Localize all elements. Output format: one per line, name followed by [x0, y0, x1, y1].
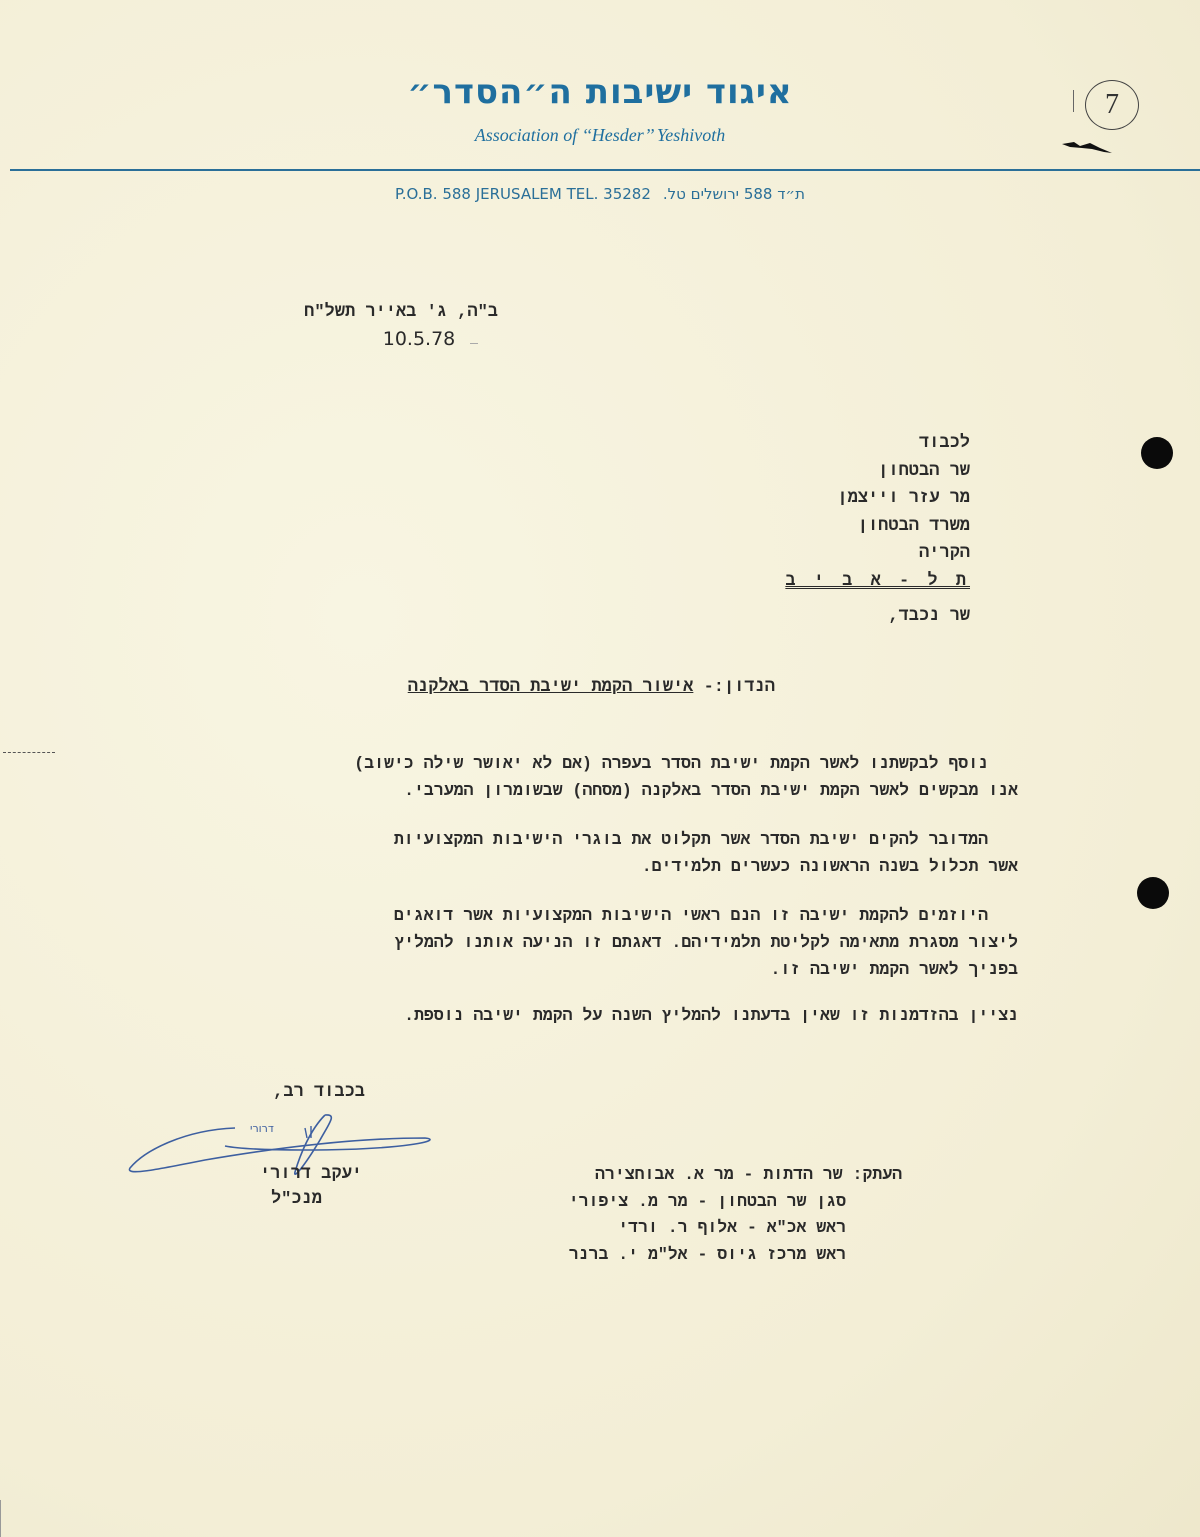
- addressee-line: שר הבטחון: [785, 458, 970, 486]
- addressee-line: מר עזר וייצמן: [785, 485, 970, 513]
- date-gregorian: 10.5.78: [270, 326, 498, 352]
- letterhead-title-english: Association of ‘‘Hesder’’ Yeshivoth: [0, 125, 1200, 146]
- subject-label: הנדון:-: [704, 678, 775, 697]
- body-line: אנו מבקשים לאשר הקמת ישיבת הסדר באלקנה (…: [218, 777, 1018, 804]
- stray-mark: [470, 343, 478, 344]
- salutation: שר נכבד,: [888, 607, 970, 626]
- copies-first-line: העתק: שר הדתות - מר א. אבוחצירה: [569, 1162, 902, 1189]
- pencil-tick: [1073, 90, 1074, 112]
- paper-tear-mark: [1060, 140, 1115, 154]
- fold-mark: [3, 752, 55, 754]
- folio-number: 7: [1085, 80, 1139, 130]
- addressee-line: לכבוד: [785, 430, 970, 458]
- signature-handwritten-name: דרורי: [250, 1122, 274, 1135]
- body-line: נוסף לבקשתנו לאשר הקמת ישיבת הסדר בעפרה …: [218, 750, 1018, 777]
- body-line: נציין בהזדמנות זו שאין בדעתנו להמליץ השנ…: [218, 1002, 1018, 1029]
- signatory-block: יעקב דרורי מנכ"ל: [260, 1162, 362, 1212]
- letterhead-rule: [10, 169, 1200, 171]
- body-paragraph-2: המדובר להקים ישיבת הסדר אשר תקלוט את בוג…: [218, 826, 1018, 880]
- address-hebrew: ת״ד 588 ירושלים טל.: [663, 185, 805, 203]
- subject-text: אישור הקמת ישיבת הסדר באלקנה: [408, 678, 694, 697]
- copies-label: העתק:: [852, 1165, 902, 1184]
- address-english: P.O.B. 588 JERUSALEM TEL. 35282: [395, 185, 651, 203]
- addressee-line: משרד הבטחון: [785, 513, 970, 541]
- signatory-name: יעקב דרורי: [260, 1162, 362, 1187]
- body-paragraph-3: היוזמים להקמת ישיבה זו הנם ראשי הישיבות …: [218, 902, 1018, 983]
- body-line: אשר תכלול בשנה הראשונה כעשרים תלמידים.: [218, 853, 1018, 880]
- date-block: ב"ה, ג' באייר תשל"ח 10.5.78: [270, 300, 498, 352]
- copies-item: שר הדתות - מר א. אבוחצירה: [595, 1165, 843, 1184]
- body-line: המדובר להקים ישיבת הסדר אשר תקלוט את בוג…: [218, 826, 1018, 853]
- copies-item: ראש מרכז גיוס - אל"מ י. ברנר: [569, 1242, 902, 1269]
- signatory-title: מנכ"ל: [260, 1187, 362, 1212]
- body-paragraph-4: נציין בהזדמנות זו שאין בדעתנו להמליץ השנ…: [218, 1002, 1018, 1029]
- body-paragraph-1: נוסף לבקשתנו לאשר הקמת ישיבת הסדר בעפרה …: [218, 750, 1018, 804]
- letterhead-address: P.O.B. 588 JERUSALEM TEL. 35282ת״ד 588 י…: [0, 185, 1200, 203]
- addressee-block: לכבוד שר הבטחון מר עזר וייצמן משרד הבטחו…: [785, 430, 970, 595]
- closing: בכבוד רב,: [273, 1083, 365, 1102]
- body-line: היוזמים להקמת ישיבה זו הנם ראשי הישיבות …: [218, 902, 1018, 929]
- letterhead-title-hebrew: איגוד ישיבות ה״הסדר״: [0, 72, 1200, 112]
- copies-item: ראש אכ"א - אלוף ר. ורדי: [569, 1215, 902, 1242]
- punch-hole: [1141, 437, 1173, 469]
- body-line: בפניך לאשר הקמת ישיבה זו.: [218, 956, 1018, 983]
- date-hebrew: ב"ה, ג' באייר תשל"ח: [270, 300, 498, 326]
- addressee-city: ת ל - א ב י ב: [785, 572, 970, 591]
- page-edge: [0, 1500, 31, 1537]
- copies-block: העתק: שר הדתות - מר א. אבוחצירה סגן שר ה…: [569, 1162, 902, 1268]
- copies-item: סגן שר הבטחון - מר מ. ציפורי: [569, 1189, 902, 1216]
- subject-line: הנדון:- אישור הקמת ישיבת הסדר באלקנה: [408, 678, 775, 697]
- addressee-line: הקריה: [785, 540, 970, 568]
- punch-hole: [1137, 877, 1169, 909]
- body-line: ליצור מסגרת מתאימה לקליטת תלמידיהם. דאגת…: [218, 929, 1018, 956]
